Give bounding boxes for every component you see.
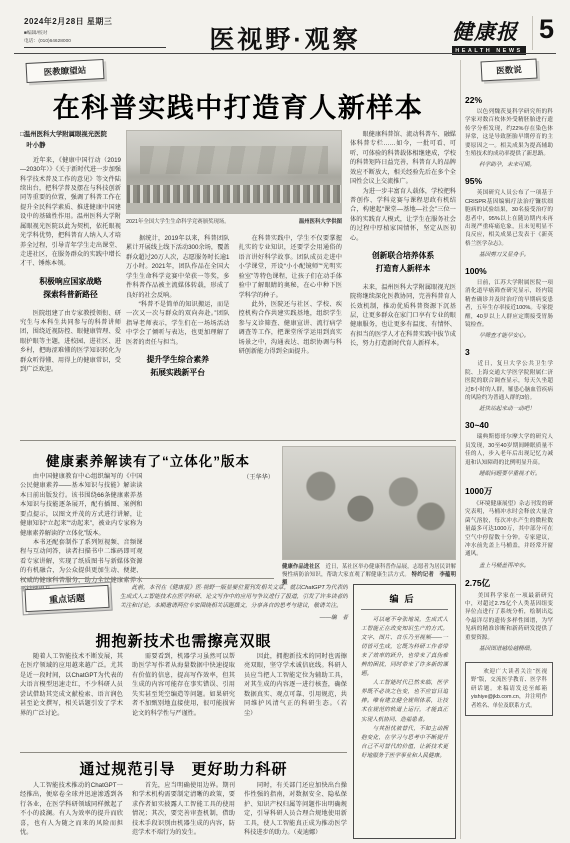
stat-item: 95% 英国研究人员公布了一项基于CRISPR基因编辑疗法治疗镰状细胞病的试验结… — [465, 171, 553, 261]
stat-text: 以色列魏茨曼科学研究所的科学家对数百枚体外受精胚胎进行遗传学分析发现，约22%存… — [465, 108, 553, 158]
stat-text: 瑞典斯德哥尔摩大学的研究人员发现，30至40岁期间睡眠质量不佳的人，步入老年后出… — [465, 433, 553, 467]
community-activity-photo — [282, 446, 456, 560]
stat-item: 100% 日前，江苏大学附属医院一项消化道早癌筛查研究显示，经内镜精查确诊并及时… — [465, 261, 553, 342]
article2-col1: 人工智能技术推动的ChatGPT一经推出，便席卷全球并迅速渗透到各行各业，在医学… — [20, 781, 123, 838]
topic-badge: 重点话题 — [24, 585, 109, 612]
stat-note: 睡眠问题要早重视才好。 — [465, 469, 553, 477]
photo-people-row — [127, 185, 341, 203]
topic-intro-sign: ——编 者 — [120, 612, 348, 621]
stat-item: 1000万 《环境健康展望》杂志刊发的研究表明，马桶冲水时会释放大量含菌气溶胶，… — [465, 480, 553, 572]
masthead-divider — [532, 16, 533, 50]
article2-col3: 同时，有关部门还应加快出台操作性强的指南，对数据安全、隐私保护、知识产权归属等问… — [244, 781, 347, 838]
lead-headline: 在科普实践中打造育人新样本 — [20, 86, 456, 125]
lead-byline: □温州医科大学附属眼视光医院 叶小静 — [20, 130, 121, 152]
lead-photo-caption: 2021年全国大学生生命科学竞赛颁奖现场。 — [126, 217, 230, 225]
lead-paragraph: 在科普实践中，学生不仅要掌握扎实的专业知识，还要学会用通俗的语言讲好科学故事。团… — [239, 234, 343, 356]
article1-headline: 拥抱新技术也需擦亮双眼 — [20, 630, 347, 651]
lead-subhead-1: 积极响应国家战略 探索科普新路径 — [20, 276, 121, 302]
masthead-logo: 健康报 — [452, 16, 526, 46]
lead-paragraph: 眼健康科普馆、流动科普车、融媒体科普专栏……如今，一批可看、可听、可体验的科普载… — [350, 130, 456, 243]
sidebar-divider — [460, 60, 461, 839]
header-rule — [14, 53, 556, 54]
stat-item: 3 近日，复旦大学公共卫生学院、上海交通大学医学院附属仁济医院的联合调查显示，每… — [465, 342, 553, 415]
literacy-paragraphs: 由中国健康教育中心组织编写的《中国公民健康素养——基本知识与技能》解读读本日前出… — [20, 472, 143, 594]
stat-note: 基因图谱越绘越精细。 — [465, 644, 553, 652]
article2-col2: 首先，应当明确使用边界。期刊和学术机构需要制定清晰的政策，要求作者如实披露人工智… — [132, 781, 235, 838]
award-ceremony-photo — [126, 130, 342, 214]
topic-intro: 此前，本刊在《健康报》医·视野一版显要位置刊发相关文章，就以ChatGPT为代表… — [120, 584, 348, 611]
lead-paragraph: 未来，温州医科大学附属眼视光医院将继续深化医教协同，完善科普育人长效机制，推动优… — [350, 283, 456, 349]
lead-paragraph: 据统计，2019年以来，科普团队累计开展线上线下活动300余场，覆盖群众超过20… — [126, 234, 230, 347]
literacy-signature: （王华华） — [152, 472, 275, 481]
lead-photo-credit: 温州医科大学供图 — [299, 217, 342, 225]
community-caption-lead: 健康作品进社区 — [282, 564, 320, 570]
article2-headline: 通过规范引导 更好助力科研 — [20, 758, 347, 779]
stat-text: 美国科学家在一项最新研究中，对超过2.75亿个人类基因组变异位点进行了系统分析，… — [465, 592, 553, 642]
newspaper-page: { "header": { "date": "2024年2月28日 星期三", … — [0, 0, 570, 843]
section-rule-2 — [20, 578, 274, 579]
stat-figure: 2.75亿 — [465, 577, 553, 589]
lead-column-1: □温州医科大学附属眼视光医院 叶小静 近年来，《健康中国行动（2019—2030… — [20, 130, 121, 436]
stat-figure: 30~40 — [465, 420, 553, 430]
article1-col2: 需要看到，机器学习虽然可以帮助医学写作者从海量数据中快速提取有价值的信息，提高写… — [132, 652, 235, 718]
lead-article-badge: 医教瞭望站 — [26, 59, 105, 83]
sidebar-badge: 医数说 — [481, 59, 538, 82]
stat-note: 基因剪刀又显身手。 — [465, 250, 553, 258]
masthead-block: 健康报 HEALTH NEWS 5 — [452, 16, 554, 55]
stat-item: 22% 以色列魏茨曼科学研究所的科学家对数百枚体外受精胚胎进行遗传学分析发现，约… — [465, 90, 553, 171]
stat-text: 近日，复旦大学公共卫生学院、上海交通大学医学院附属仁济医院的联合调查显示，每天久… — [465, 360, 553, 402]
stat-note: 早筛查才能早安心。 — [465, 331, 553, 339]
photo-backdrop — [140, 146, 328, 174]
stat-item: 2.75亿 美国科学家在一项最新研究中，对超过2.75亿个人类基因组变异位点进行… — [465, 572, 553, 655]
stat-note: 赶快站起来动一动吧！ — [465, 404, 553, 412]
literacy-headline: 健康素养解读有了“立体化”版本 — [22, 450, 274, 470]
editors-note-title: 编后 — [361, 592, 448, 610]
page-number: 5 — [539, 16, 554, 43]
literacy-body: 由中国健康教育中心组织编写的《中国公民健康素养——基本知识与技能》解读读本日前出… — [20, 472, 274, 574]
editors-note-box: 编后 可以毫不夸张地说，生成式人工智能正在改变知识生产的方式。文字、图片、音乐乃… — [353, 584, 456, 839]
lead-subhead-3: 创新联合培养体系 打造育人新样本 — [350, 250, 456, 276]
lead-column-4: 眼健康科普馆、流动科普车、融媒体科普专栏……如今，一批可看、可听、可体验的科普载… — [350, 130, 456, 436]
stat-figure: 1000万 — [465, 485, 553, 497]
stat-item: 30~40 瑞典斯德哥尔摩大学的研究人员发现，30至40岁期间睡眠质量不佳的人，… — [465, 415, 553, 480]
stat-text: 英国研究人员公布了一项基于CRISPR基因编辑疗法治疗镰状细胞病的试验结果，30… — [465, 189, 553, 248]
stats-sidebar: 医数说 22% 以色列魏茨曼科学研究所的科学家对数百枚体外受精胚胎进行遗传学分析… — [465, 58, 553, 839]
photo-stage — [127, 203, 341, 213]
lead-paragraph: 近年来，《健康中国行动（2019—2030年）》《关于新时代进一步加强科学技术普… — [20, 156, 121, 269]
article1-body: 随着人工智能技术不断发展，其在医疗领域的应用越来越广泛。尤其是近一段时间，以Ch… — [20, 652, 347, 748]
stat-text: 日前，江苏大学附属医院一项消化道早癌筛查研究显示，经内镜精查确诊并及时治疗的早期… — [465, 279, 553, 329]
stat-note: 盖上马桶盖再冲水。 — [465, 561, 553, 569]
lead-subhead-2: 提升学生综合素养 拓展实践新平台 — [126, 354, 230, 380]
sidebar-notice-box: 欢迎广大读者关注“医视野”版，交流医学教育、医学科研话题。来稿请发送至邮箱yis… — [465, 662, 553, 716]
article2-body: 人工智能技术推动的ChatGPT一经推出，便席卷全球并迅速渗透到各行各业，在医学… — [20, 781, 347, 839]
stat-figure: 100% — [465, 266, 553, 276]
section-rule-1 — [20, 440, 456, 441]
stat-figure: 22% — [465, 95, 553, 105]
lead-photo-caption-row: 2021年全国大学生生命科学竞赛颁奖现场。 温州医科大学供图 — [126, 217, 342, 225]
section-rule-3 — [20, 752, 347, 753]
lead-middle-columns: 据统计，2019年以来，科普团队累计开展线上线下活动300余场，覆盖群众超过20… — [126, 234, 342, 436]
lead-paragraph: 医院组建了由专家教授领衔、研究生与本科生共同参与的科普讲师团，围绕近视防控、眼健… — [20, 309, 121, 375]
stat-text: 《环境健康展望》杂志刊发的研究表明，马桶冲水时会释放大量含菌气溶胶，每次冲水产生… — [465, 500, 553, 559]
topic-intro-block: 此前，本刊在《健康报》医·视野一版显要位置刊发相关文章，就以ChatGPT为代表… — [120, 584, 348, 626]
article1-col3: 因此，拥抱新技术的同时也需擦亮双眼，坚守学术诚信底线。科研人员应当把人工智能定位… — [244, 652, 347, 718]
stat-figure: 95% — [465, 176, 553, 186]
stat-figure: 3 — [465, 347, 553, 357]
article1-col1: 随着人工智能技术不断发展，其在医疗领域的应用越来越广泛。尤其是近一段时间，以Ch… — [20, 652, 123, 718]
stat-note: 科学助孕，未来可期。 — [465, 160, 553, 168]
editors-note-body: 可以毫不夸张地说，生成式人工智能正在改变知识生产的方式。文字、图片、音乐乃至视频… — [361, 616, 448, 761]
